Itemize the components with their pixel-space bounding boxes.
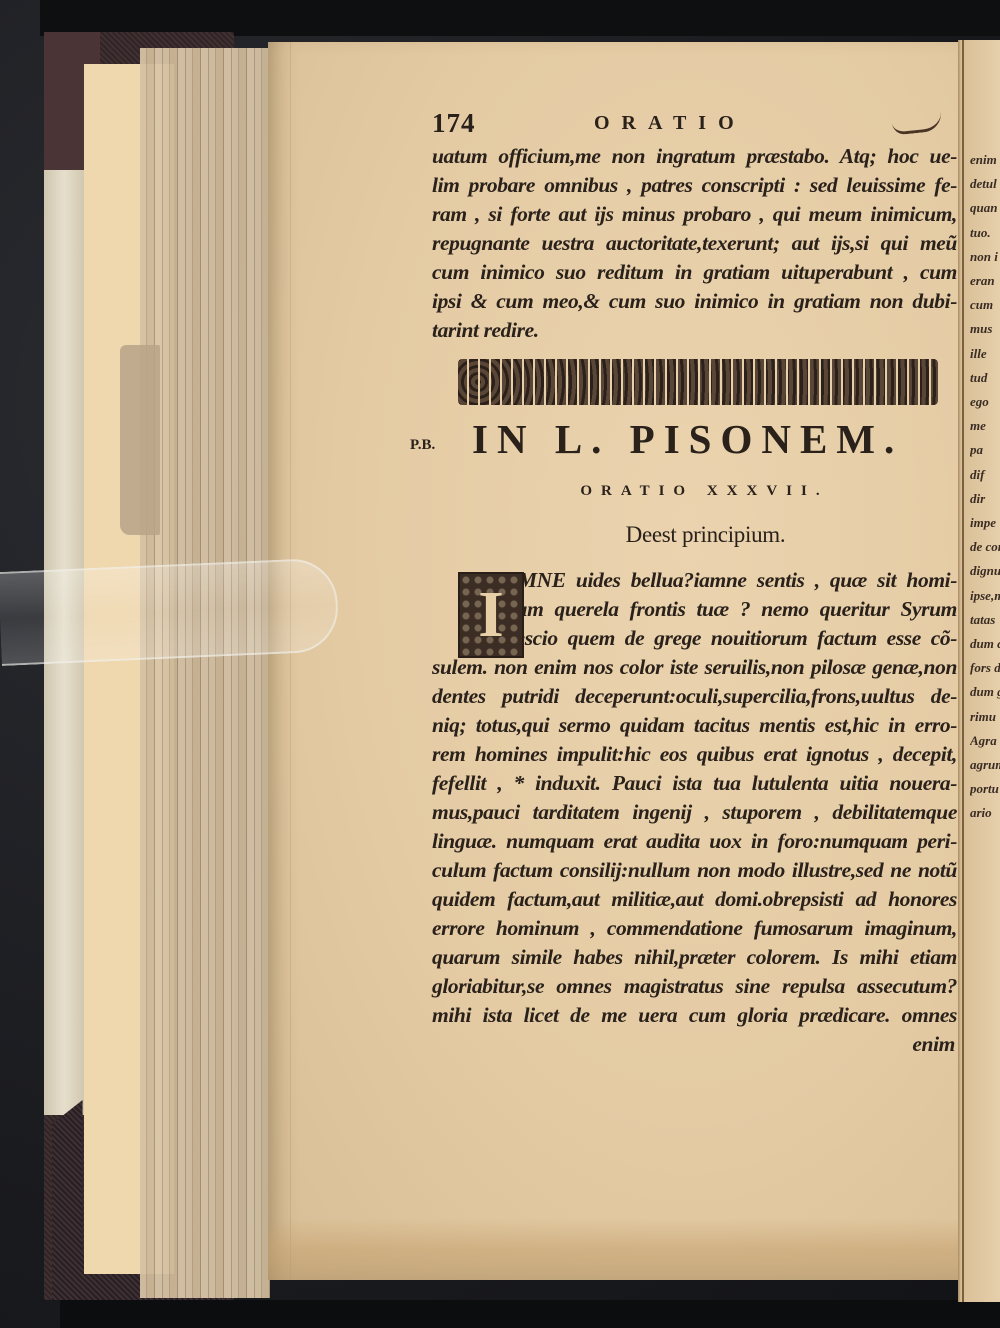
facing-line: ille: [970, 342, 1000, 366]
text-line: dentes putridi deceperunt:oculi,supercil…: [432, 682, 957, 711]
facing-line: mus: [970, 317, 1000, 341]
facing-line: tud: [970, 366, 1000, 390]
text-line: mihi ista licet de me uera cum gloria pr…: [432, 1001, 957, 1030]
facing-line: de con: [970, 535, 1000, 559]
page-crease: [290, 42, 291, 1280]
facing-line: agrum: [970, 753, 1000, 777]
facing-line: dignum: [970, 559, 1000, 583]
facing-line: dir: [970, 487, 1000, 511]
facing-line: eran: [970, 269, 1000, 293]
text-line: gloriabitur,se omnes magistratus sine re…: [432, 972, 957, 1001]
oration-number: ORATIO XXXVII.: [432, 483, 957, 500]
facing-line: tatas: [970, 608, 1000, 632]
facing-line: portu: [970, 777, 1000, 801]
text-line: quidem factum,aut militiæ,aut domi.obrep…: [432, 885, 957, 914]
text-line: linguæ. numquam erat audita uox in foro:…: [432, 827, 957, 856]
facing-line: detul: [970, 172, 1000, 196]
water-stain: [268, 1218, 968, 1280]
facing-line: dum g: [970, 680, 1000, 704]
text-line: cum inimico suo reditum in gratiam uitup…: [432, 258, 957, 287]
facing-line: ego: [970, 390, 1000, 414]
facing-line: impe: [970, 511, 1000, 535]
marginal-note: P.B.: [410, 437, 435, 454]
facing-line: enim: [970, 148, 1000, 172]
oration-body: I AMNE uides bellua?iamne sentis , quæ s…: [432, 566, 957, 1059]
text-line: rem homines impulit:hic eos quibus erat …: [432, 740, 957, 769]
facing-line: dum cui: [970, 632, 1000, 656]
facing-line: me: [970, 414, 1000, 438]
section-title: IN L. PISONEM.: [472, 415, 903, 463]
section-heading: P.B. IN L. PISONEM.: [432, 415, 957, 465]
facing-line: ario: [970, 801, 1000, 825]
text-line: errore hominum , commendatione fumosarum…: [432, 914, 957, 943]
book-cradle-top: [40, 0, 1000, 36]
facing-line: tuo.: [970, 221, 1000, 245]
leaf-edges: [140, 48, 270, 1298]
facing-line: cum: [970, 293, 1000, 317]
text-line: ram , si forte aut ijs minus probaro , q…: [432, 200, 957, 229]
facing-line: rimu: [970, 705, 1000, 729]
page-holder-clip: [0, 557, 340, 666]
catchword: enim: [432, 1030, 957, 1059]
facing-line: quan: [970, 196, 1000, 220]
text-line: repugnante uestra auctoritate,texerunt; …: [432, 229, 957, 258]
facing-line: non i: [970, 245, 1000, 269]
running-title: ORATIO: [594, 112, 746, 135]
running-head: 174 ORATIO: [432, 108, 957, 142]
facing-line: ipse,ma: [970, 584, 1000, 608]
ink-mark: [891, 111, 943, 135]
ornamental-headpiece: [458, 359, 938, 405]
text-line: culum factum consilij:nullum non modo il…: [432, 856, 957, 885]
facing-line: Agra: [970, 729, 1000, 753]
facing-line: pa: [970, 438, 1000, 462]
text-line: mus,pauci tarditatem ingenij , stuporem …: [432, 798, 957, 827]
text-line: tarint redire.: [432, 316, 957, 345]
text-line: uatum officium,me non ingratum præstabo.…: [432, 142, 957, 171]
book-cradle-bottom: [60, 1300, 1000, 1328]
text-line: fefellit , * induxit. Pauci ista tua lut…: [432, 769, 957, 798]
facing-line: fors do: [970, 656, 1000, 680]
text-line: niq; totus,qui sermo quidam tacitus ment…: [432, 711, 957, 740]
torn-leaf-fragment: [120, 345, 160, 535]
text-line: lim probare omnibus , patres conscripti …: [432, 171, 957, 200]
facing-line: dif: [970, 463, 1000, 487]
text-block: 174 ORATIO uatum officium,me non ingratu…: [432, 108, 957, 1059]
section-note: Deest principium.: [432, 522, 957, 548]
page-number: 174: [432, 108, 476, 139]
previous-oration-ending: uatum officium,me non ingratum præstabo.…: [432, 142, 957, 345]
text-line: ipsi & cum meo,& cum suo inimico in grat…: [432, 287, 957, 316]
facing-page-edge: [962, 40, 964, 1302]
facing-page-text: enim detul quan tuo. non i eran cum mus …: [970, 148, 1000, 826]
decorated-initial: I: [458, 572, 524, 658]
text-line: quarum simile habes nihil,præter colorem…: [432, 943, 957, 972]
